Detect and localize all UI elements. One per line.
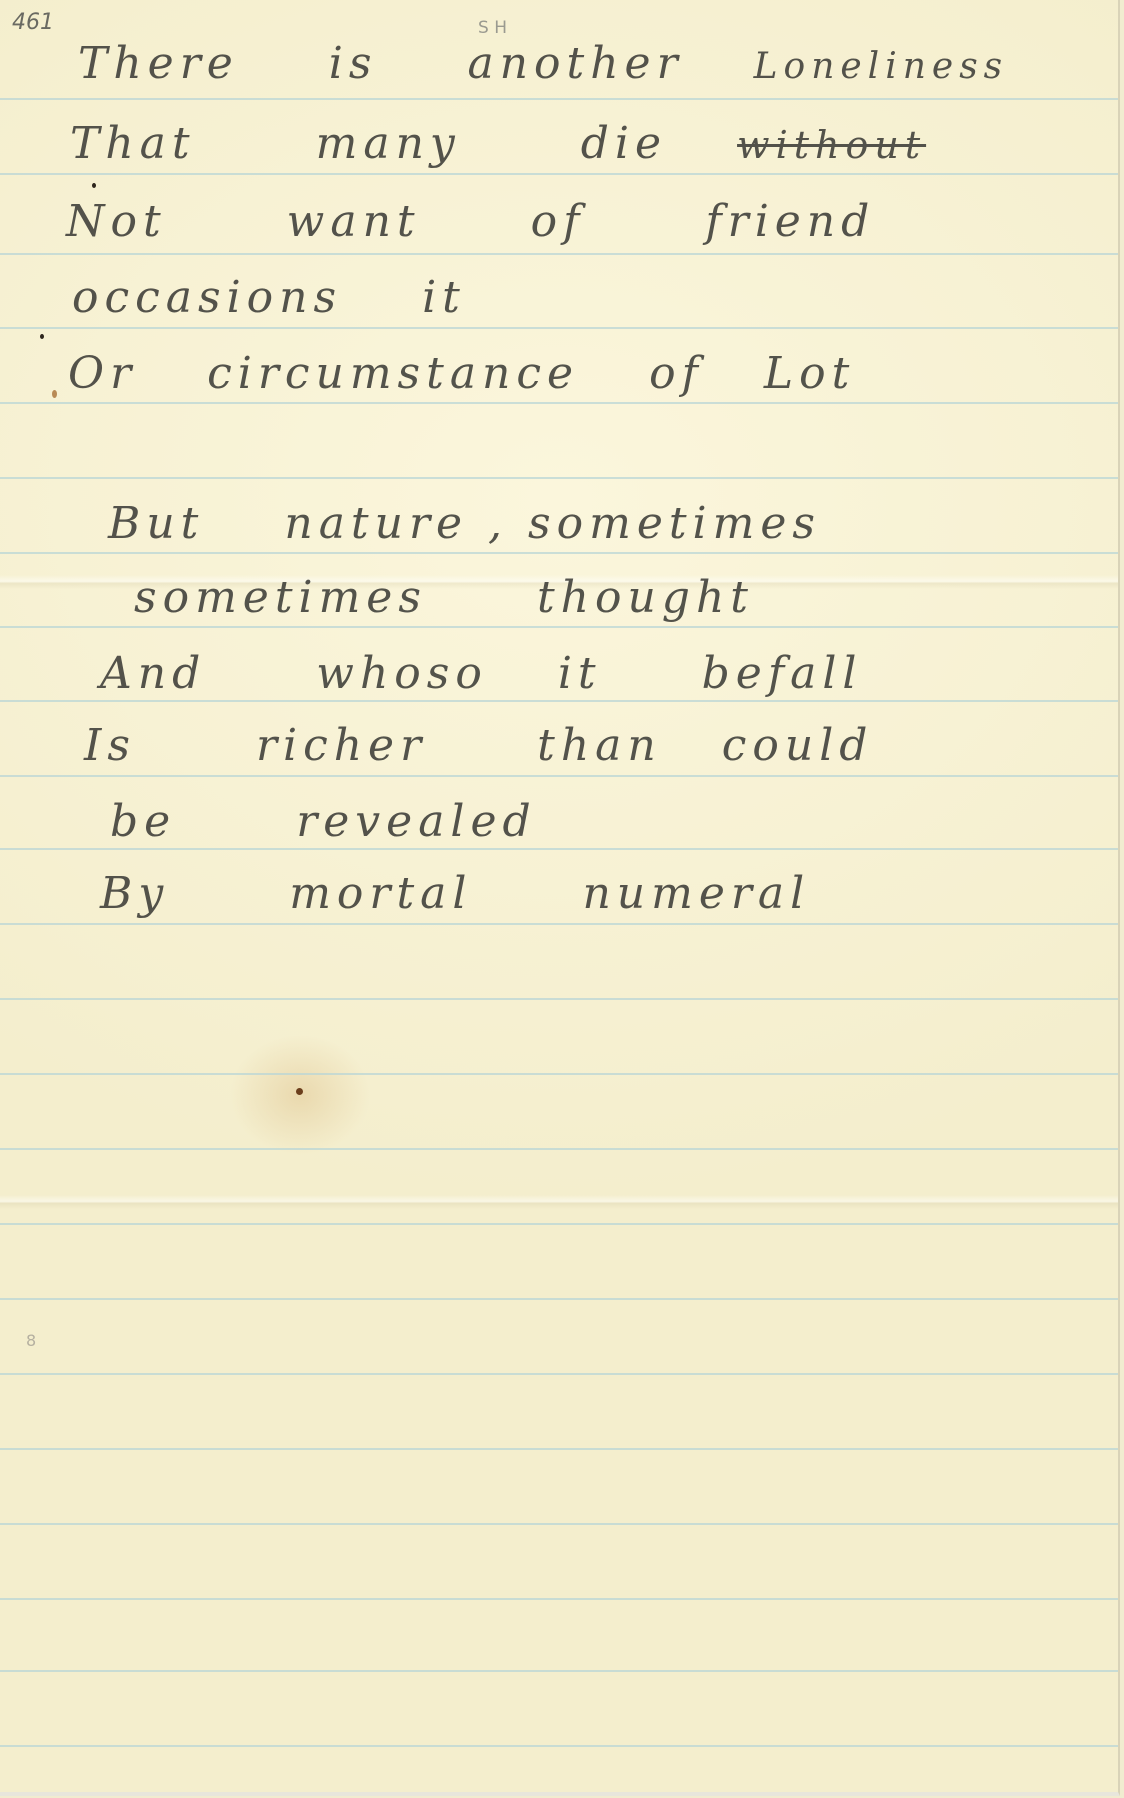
ink-stain	[296, 1088, 303, 1095]
handwritten-word: nature	[284, 498, 468, 549]
manuscript-page: 461 S H 8 ThereisanotherLoneliness Thatm…	[0, 0, 1120, 1796]
manuscript-line: berevealed	[110, 796, 597, 847]
manuscript-line: sometimesthought	[134, 572, 814, 623]
handwritten-word: be	[110, 796, 176, 847]
ruled-line	[0, 1670, 1118, 1672]
ink-speck	[40, 334, 44, 339]
handwritten-word: mortal	[289, 868, 472, 919]
handwritten-word: sometimes	[134, 572, 427, 623]
manuscript-line: Isricherthancould	[84, 720, 933, 771]
handwritten-word: befall	[702, 648, 863, 699]
manuscript-line: occasionsit	[72, 272, 526, 323]
ruled-line	[0, 1373, 1118, 1375]
ink-speck	[92, 183, 96, 188]
handwritten-word: Or	[68, 348, 137, 399]
ruled-line	[0, 848, 1118, 850]
handwritten-word: ,	[488, 498, 508, 549]
handwritten-word: want	[287, 196, 421, 247]
handwritten-word: Lot	[764, 348, 855, 399]
handwritten-word: circumstance	[207, 348, 579, 399]
handwritten-word: Loneliness	[754, 46, 1009, 87]
handwritten-word: occasions	[72, 272, 342, 323]
handwritten-word: without	[737, 123, 926, 167]
handwritten-word: But	[108, 498, 204, 549]
manuscript-line: Bymortalnumeral	[100, 868, 870, 919]
handwritten-word: than	[537, 720, 662, 771]
handwritten-word: it	[422, 272, 466, 323]
ruled-line	[0, 998, 1118, 1000]
handwritten-word: is	[329, 38, 378, 89]
manuscript-line: Butnature,sometimes	[108, 498, 881, 549]
paper-fold-crease	[0, 1195, 1118, 1209]
ruled-line	[0, 700, 1118, 702]
archival-page-number: 461	[12, 10, 54, 35]
ruled-line	[0, 1448, 1118, 1450]
ruled-line	[0, 173, 1118, 175]
handwritten-word: thought	[537, 572, 754, 623]
manuscript-line: Andwhosoitbefall	[100, 648, 922, 699]
ruled-line	[0, 1523, 1118, 1525]
archival-initials: S H	[478, 18, 507, 38]
handwritten-word: friend	[705, 196, 875, 247]
manuscript-line: Thatmanydiewithout	[70, 118, 986, 169]
ruled-line	[0, 1148, 1118, 1150]
ruled-line	[0, 402, 1118, 404]
ruled-line	[0, 1598, 1118, 1600]
ruled-line	[0, 1298, 1118, 1300]
handwritten-word: could	[722, 720, 874, 771]
ruled-line	[0, 552, 1118, 554]
ruled-line	[0, 775, 1118, 777]
handwritten-word: By	[100, 868, 169, 919]
handwritten-word: many	[316, 118, 461, 169]
ruled-line	[0, 98, 1118, 100]
manuscript-line: ThereisanotherLoneliness	[78, 38, 1068, 89]
ruled-line	[0, 477, 1118, 479]
handwritten-word: die	[581, 118, 667, 169]
ruled-line	[0, 327, 1118, 329]
handwritten-word: richer	[256, 720, 427, 771]
handwritten-word: Is	[84, 720, 136, 771]
ruled-line	[0, 923, 1118, 925]
manuscript-line: OrcircumstanceofLot	[68, 348, 915, 399]
handwritten-word: of	[531, 196, 586, 247]
handwritten-word: of	[649, 348, 704, 399]
ruled-line	[0, 1223, 1118, 1225]
ruled-line	[0, 626, 1118, 628]
ruled-line	[0, 253, 1118, 255]
ruled-line	[0, 1073, 1118, 1075]
handwritten-word: sometimes	[528, 498, 821, 549]
handwritten-word: There	[78, 38, 239, 89]
ink-speck	[52, 390, 57, 398]
handwritten-word: revealed	[296, 796, 536, 847]
manuscript-line: Notwantoffriend	[66, 196, 935, 247]
ruled-line	[0, 1745, 1118, 1747]
handwritten-word: Not	[66, 196, 167, 247]
handwritten-word: another	[467, 38, 683, 89]
archival-margin-mark: 8	[26, 1331, 36, 1350]
handwritten-word: it	[558, 648, 602, 699]
handwritten-word: numeral	[582, 868, 810, 919]
handwritten-word: whoso	[316, 648, 488, 699]
handwritten-word: And	[100, 648, 206, 699]
handwritten-word: That	[70, 118, 196, 169]
